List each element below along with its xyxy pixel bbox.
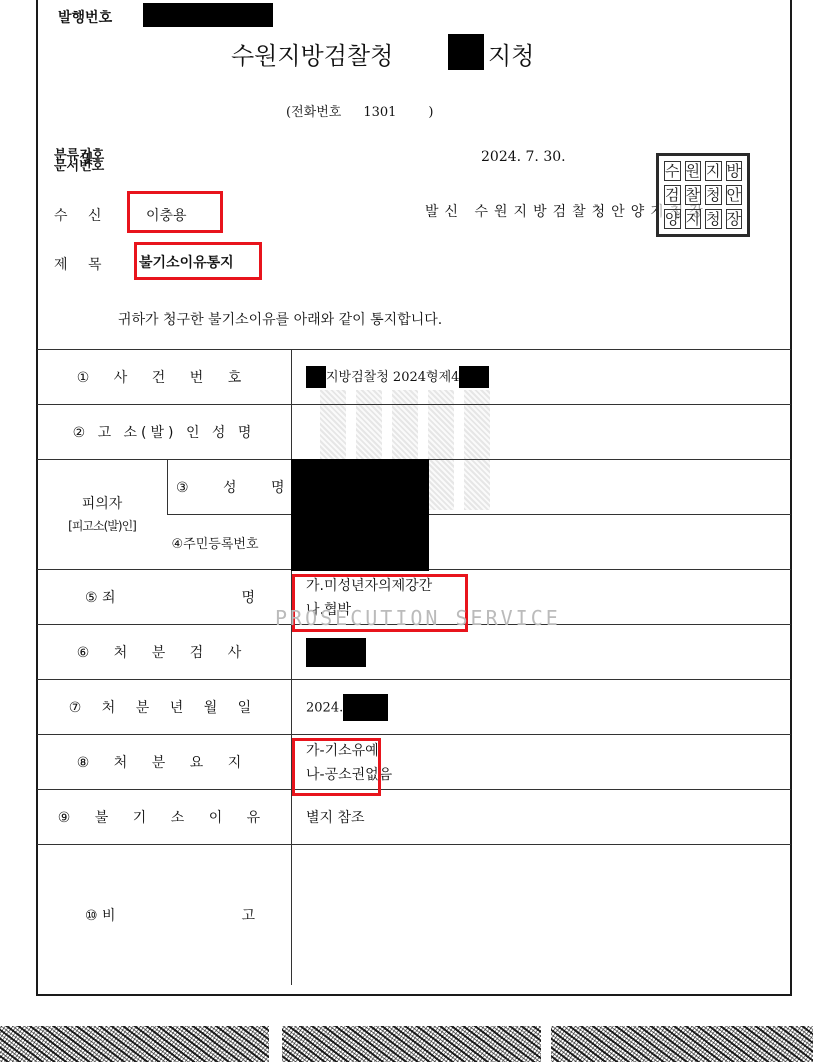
phone-line: (전화번호1301) bbox=[286, 101, 433, 120]
remarks-label-right: 고 bbox=[241, 905, 255, 925]
subject-label-char: 목 bbox=[88, 254, 122, 274]
table-row: ⑤ 죄명 가.미성년자의제강간 나.협박 bbox=[37, 570, 791, 625]
office-title-suffix: 지청 bbox=[488, 36, 534, 71]
scan-noise-strip bbox=[551, 1026, 813, 1062]
disposition-summary-value: 가-기소유예 나-공소권없음 bbox=[292, 735, 792, 790]
official-seal: 수원지방검찰청안양지청장 bbox=[656, 153, 750, 237]
seal-char: 안 bbox=[724, 183, 745, 207]
charge-highlight bbox=[292, 574, 468, 632]
seal-char: 수 bbox=[662, 159, 683, 183]
recipient-value: 이충용 bbox=[146, 205, 187, 225]
recipient-label: 수신 bbox=[54, 205, 122, 225]
redacted-branch-name bbox=[448, 34, 484, 70]
table-row: ⑧ 처 분 요 지 가-기소유예 나-공소권없음 bbox=[37, 735, 791, 790]
recipient-label-char: 신 bbox=[88, 205, 122, 225]
complainant-name-value bbox=[292, 405, 792, 460]
suspect-name-value bbox=[292, 460, 792, 515]
redacted-disposition-date bbox=[343, 694, 388, 721]
seal-char: 청 bbox=[703, 183, 724, 207]
case-number-value: 지방검찰청 2024형제4 bbox=[292, 350, 792, 405]
case-number-label: ① 사 건 번 호 bbox=[37, 350, 292, 405]
disposition-summary-highlight bbox=[292, 738, 381, 796]
redacted-region bbox=[306, 366, 326, 388]
seal-char: 방 bbox=[724, 159, 745, 183]
disposition-summary-label: ⑧ 처 분 요 지 bbox=[37, 735, 292, 790]
seal-characters: 수원지방검찰청안양지청장 bbox=[662, 159, 744, 231]
charge-label-left: ⑤ 죄 bbox=[85, 587, 116, 607]
complainant-name-label: ② 고 소(발) 인 성 명 bbox=[37, 405, 292, 460]
phone-label: (전화번호 bbox=[286, 105, 341, 120]
table-row: 피의자 [피고소(발)인] ③ 성 명 bbox=[37, 460, 791, 515]
prosecutor-value bbox=[292, 625, 792, 680]
seal-char: 지 bbox=[703, 159, 724, 183]
seal-char: 검 bbox=[662, 183, 683, 207]
phone-close: ) bbox=[428, 105, 433, 120]
seal-char: 양 bbox=[662, 207, 683, 231]
issue-date: 2024. 7. 30. bbox=[481, 149, 566, 165]
seal-char: 찰 bbox=[683, 183, 704, 207]
remarks-label: ⑩ 비고 bbox=[37, 845, 292, 986]
table-row: ① 사 건 번 호 지방검찰청 2024형제4 bbox=[37, 350, 791, 405]
case-number-text: 지방검찰청 2024형제4 bbox=[326, 370, 459, 385]
table-row: ② 고 소(발) 인 성 명 bbox=[37, 405, 791, 460]
scan-noise-strip bbox=[282, 1026, 541, 1062]
scan-noise-strip bbox=[0, 1026, 269, 1062]
suspect-label: 피의자 bbox=[37, 493, 167, 515]
remarks-label-left: ⑩ 비 bbox=[85, 905, 116, 925]
recipient-label-char: 수 bbox=[54, 205, 88, 225]
suspect-name-label: ③ 성 명 bbox=[168, 460, 292, 515]
charge-value: 가.미성년자의제강간 나.협박 bbox=[292, 570, 792, 625]
resident-number-label: ④주민등록번호 bbox=[168, 515, 292, 570]
subject-label-char: 제 bbox=[54, 254, 88, 274]
phone-number: 1301 bbox=[363, 105, 396, 120]
resident-number-value bbox=[292, 515, 792, 570]
non-indictment-reason-label: ⑨ 불 기 소 이 유 bbox=[37, 790, 292, 845]
remarks-value bbox=[292, 845, 792, 986]
table-row: ⑨ 불 기 소 이 유 별지 참조 bbox=[37, 790, 791, 845]
subject-label: 제목 bbox=[54, 254, 122, 274]
suspect-sub-label: [피고소(발)인] bbox=[37, 515, 167, 537]
prosecutor-label: ⑥ 처 분 검 사 bbox=[37, 625, 292, 680]
redacted-prosecutor bbox=[306, 638, 366, 667]
non-indictment-reason-value: 별지 참조 bbox=[292, 790, 792, 845]
charge-label-right: 명 bbox=[241, 587, 255, 607]
seal-char: 장 bbox=[724, 207, 745, 231]
table-row: ⑦ 처 분 년 월 일 2024. bbox=[37, 680, 791, 735]
notice-form-table: ① 사 건 번 호 지방검찰청 2024형제4 ② 고 소(발) 인 성 명 피… bbox=[37, 349, 791, 985]
redacted-issue-number bbox=[143, 3, 273, 27]
seal-char: 지 bbox=[683, 207, 704, 231]
classification-and: 및 bbox=[81, 148, 94, 167]
charge-label: ⑤ 죄명 bbox=[37, 570, 292, 625]
notice-text: 귀하가 청구한 불기소이유를 아래와 같이 통지합니다. bbox=[118, 309, 442, 329]
office-title: 수원지방검찰청 bbox=[231, 36, 393, 71]
classification-label-line2: 문서번호 bbox=[54, 161, 104, 172]
seal-char: 원 bbox=[683, 159, 704, 183]
suspect-group-label: 피의자 [피고소(발)인] bbox=[37, 460, 168, 570]
subject-value: 불기소이유통지 bbox=[139, 252, 234, 272]
disposition-date-label: ⑦ 처 분 년 월 일 bbox=[37, 680, 292, 735]
seal-char: 청 bbox=[703, 207, 724, 231]
table-row: ⑥ 처 분 검 사 bbox=[37, 625, 791, 680]
classification-label: 분류기호 문서번호 bbox=[54, 150, 104, 172]
suspect-name-label-text: ③ 성 명 bbox=[176, 480, 285, 496]
disposition-date-text: 2024. bbox=[306, 700, 343, 715]
redacted-case-suffix bbox=[459, 366, 489, 388]
issue-number-label: 발행번호 bbox=[58, 7, 112, 27]
table-row: ⑩ 비고 bbox=[37, 845, 791, 986]
disposition-date-value: 2024. bbox=[292, 680, 792, 735]
